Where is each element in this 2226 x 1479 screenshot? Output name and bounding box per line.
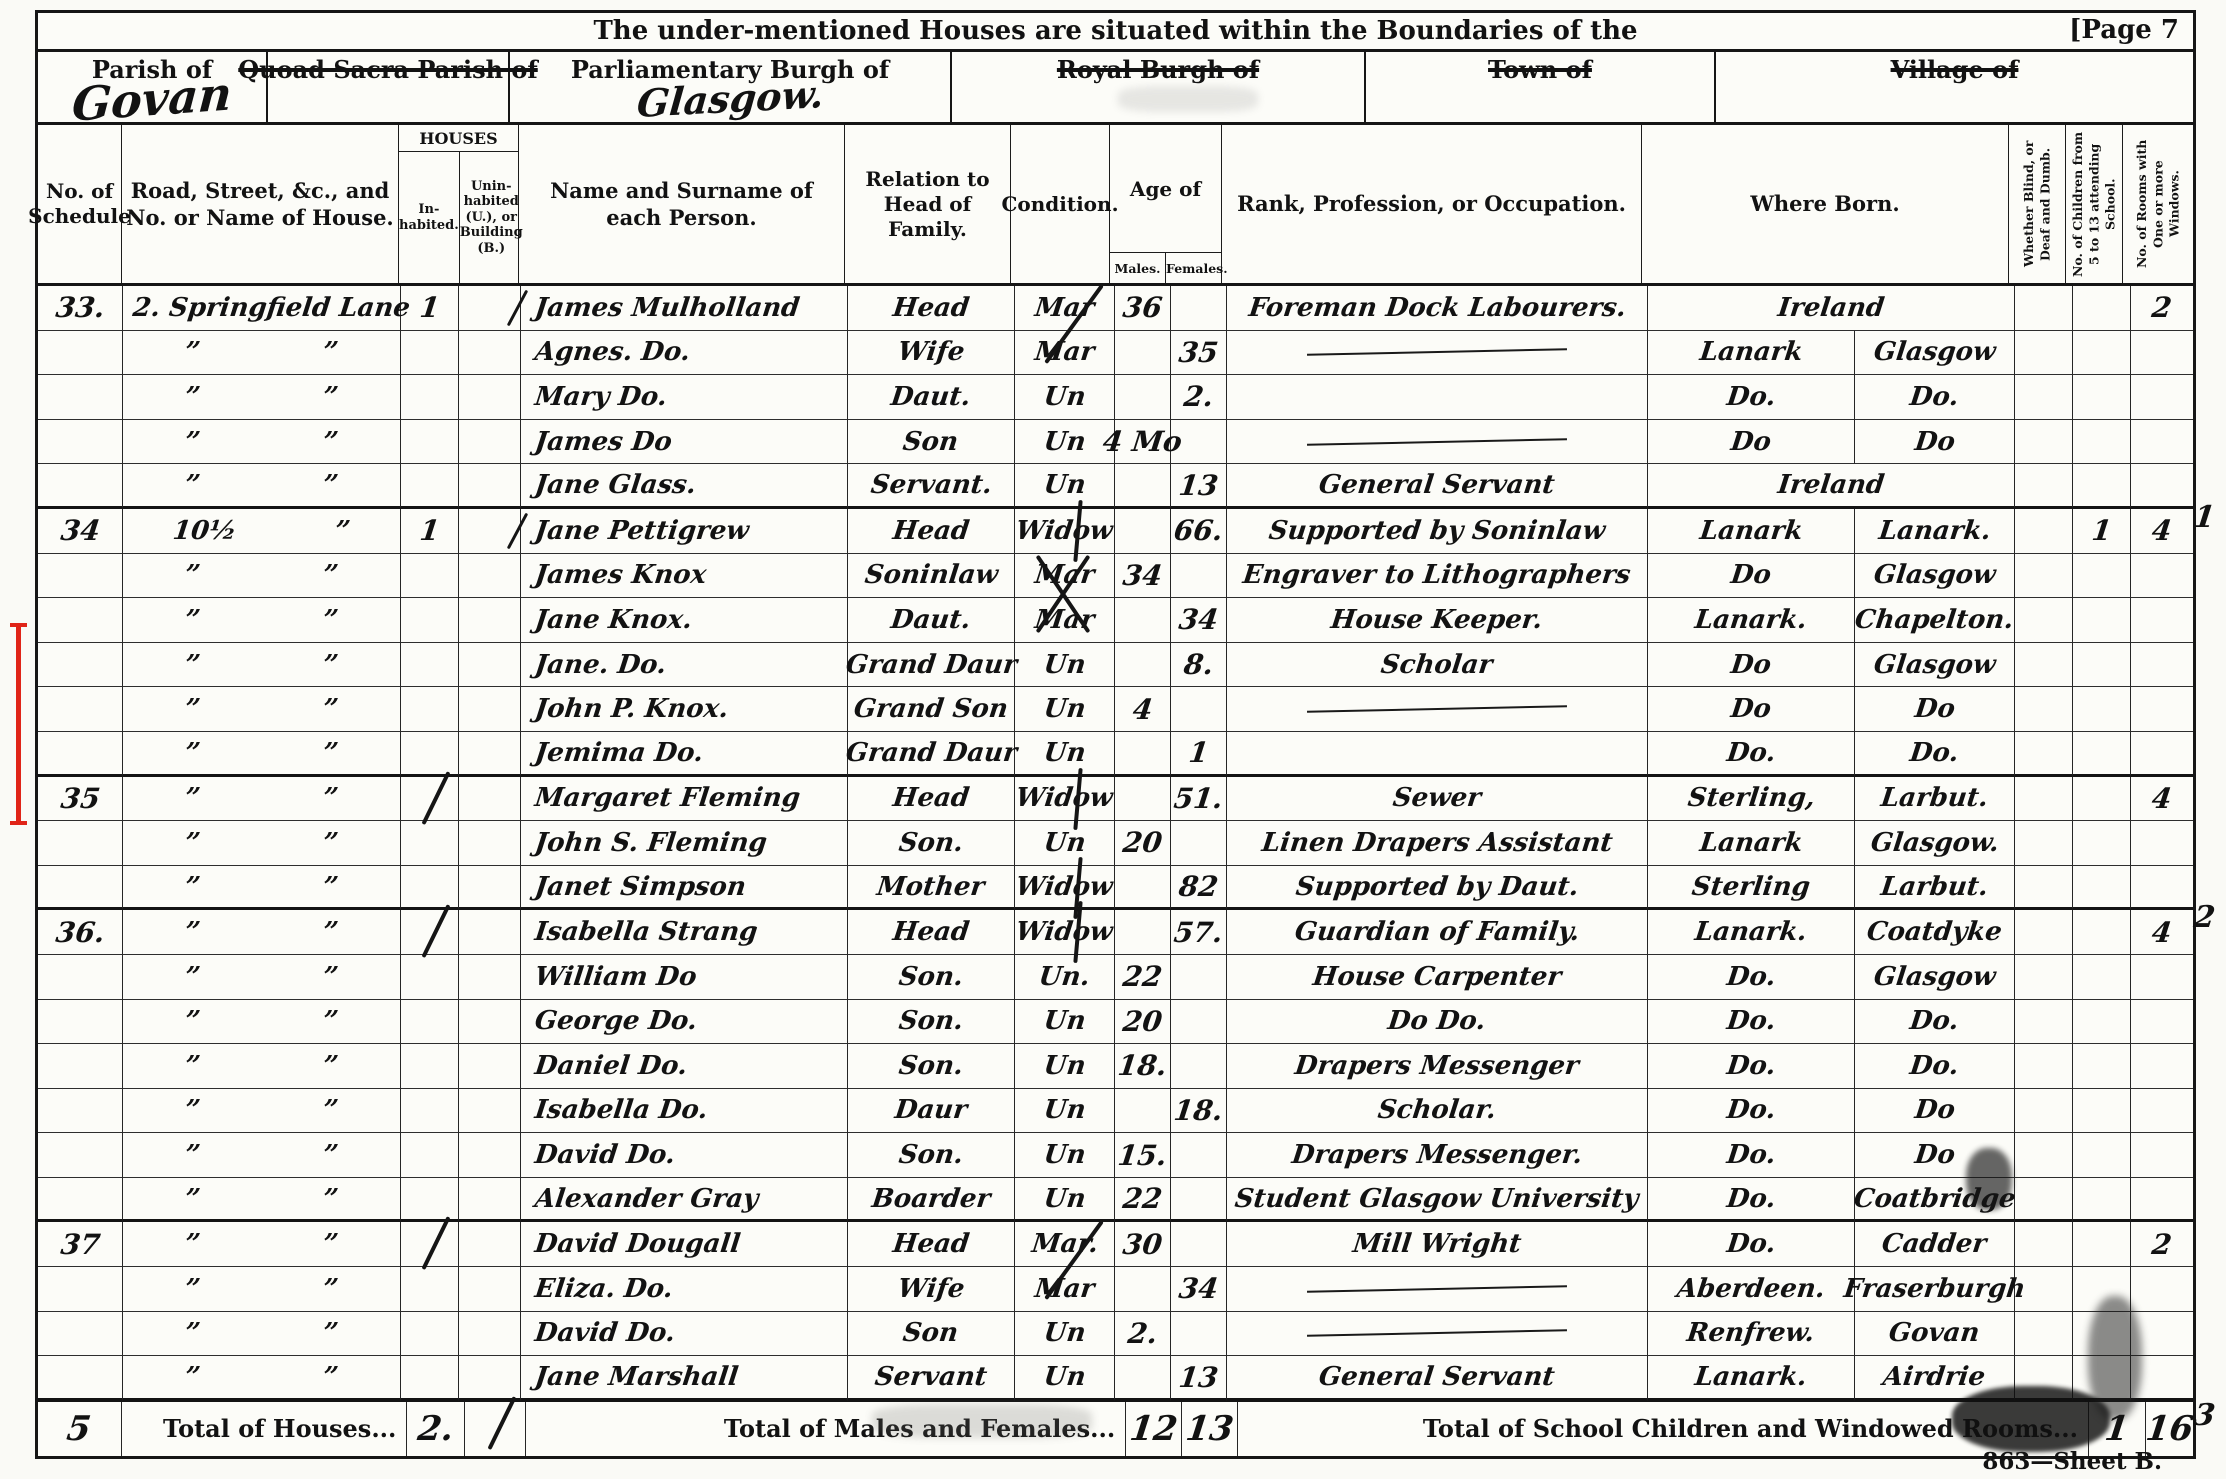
handwritten-text: ” xyxy=(183,1051,202,1081)
blind-deaf-label: Whether Blind, or Deaf and Dumb. xyxy=(2019,125,2056,283)
age-female-cell xyxy=(1171,1044,1227,1089)
boundary-band: Parish of Govan Quoad Sacra Parish of Pa… xyxy=(38,52,2193,125)
age-male-cell xyxy=(1115,1267,1171,1312)
condition-cell: Un xyxy=(1015,375,1115,420)
blind-deaf-cell xyxy=(2015,821,2073,866)
census-entry-row: ””George Do.Son.Un20Do Do.Do.Do. xyxy=(38,1000,2193,1045)
blind-deaf-cell xyxy=(2015,509,2073,554)
blind-deaf-cell xyxy=(2015,420,2073,465)
handwritten-text: Do xyxy=(1913,1140,1957,1170)
occupation-cell: Engraver to Lithographers xyxy=(1227,554,1648,599)
col-age-group: Age of Males. Females. xyxy=(1110,125,1222,283)
relation-cell: Daut. xyxy=(848,375,1015,420)
handwritten-text: 57. xyxy=(1172,916,1225,949)
uninhabited-cell xyxy=(459,554,521,599)
born-town-cell: Glasgow. xyxy=(1855,821,2015,866)
handwritten-text: Do. xyxy=(1725,738,1777,768)
age-female-cell: 13 xyxy=(1171,1356,1227,1401)
age-female-cell: 35 xyxy=(1171,331,1227,376)
occupation-cell: Drapers Messenger. xyxy=(1227,1133,1648,1178)
handwritten-text: Larbut. xyxy=(1879,783,1990,813)
school-children-cell xyxy=(2073,777,2131,822)
windowed-rooms-cell xyxy=(2131,375,2193,420)
blind-deaf-cell xyxy=(2015,955,2073,1000)
handwritten-text: Do xyxy=(1729,427,1773,457)
handwritten-text: Sterling, xyxy=(1686,783,1817,813)
handwritten-text: Supported by Soninlaw xyxy=(1267,516,1607,546)
age-male-cell xyxy=(1115,777,1171,822)
census-entry-row: 37””David DougallHeadMar.30Mill WrightDo… xyxy=(38,1222,2193,1267)
handwritten-text: ” xyxy=(183,872,202,902)
col-age-females: Females. xyxy=(1166,253,1228,283)
occupation-cell xyxy=(1227,375,1648,420)
handwritten-text: Son xyxy=(902,427,961,457)
relation-cell: Head xyxy=(848,509,1015,554)
condition-cell: Mar xyxy=(1015,598,1115,643)
condition-cell: Un xyxy=(1015,464,1115,509)
school-children-cell xyxy=(2073,464,2131,509)
blind-deaf-cell xyxy=(2015,1000,2073,1045)
handwritten-text: Mar xyxy=(1033,337,1096,367)
school-children-cell xyxy=(2073,1222,2131,1267)
person-name-cell: James Do xyxy=(521,420,848,465)
handwritten-text: ” xyxy=(183,1362,202,1392)
occupation-cell: Foreman Dock Labourers. xyxy=(1227,286,1648,331)
school-children-cell xyxy=(2073,554,2131,599)
handwritten-text: David Do. xyxy=(533,1318,677,1348)
handwritten-text: James Knox xyxy=(533,560,708,590)
born-county-cell: Do. xyxy=(1648,1000,1855,1045)
census-entry-row: ””Daniel Do.Son.Un18.Drapers MessengerDo… xyxy=(38,1044,2193,1089)
handwritten-text: Isabella Do. xyxy=(533,1095,709,1125)
page-title: The under-mentioned Houses are situated … xyxy=(593,16,1637,46)
handwritten-text: John S. Fleming xyxy=(533,828,768,858)
handwritten-text: Do. xyxy=(1908,738,1960,768)
uninhabited-cell xyxy=(459,1000,521,1045)
school-children-cell xyxy=(2073,420,2131,465)
handwritten-text: Scholar. xyxy=(1376,1095,1498,1125)
pen-islash-mark xyxy=(422,771,451,825)
person-name-cell: Jane Pettigrew xyxy=(521,509,848,554)
occupation-cell: Supported by Soninlaw xyxy=(1227,509,1648,554)
col-houses-group: HOUSES In-habited. Unin-habited (U.), or… xyxy=(399,125,519,283)
schedule-number-cell xyxy=(38,1000,123,1045)
born-town-cell: Lanark. xyxy=(1855,509,2015,554)
col-schedule: No. of Schedule xyxy=(38,125,122,283)
inhabited-cell xyxy=(401,464,459,509)
uninhabited-cell xyxy=(459,420,521,465)
windowed-rooms-cell: 2 xyxy=(2131,286,2193,331)
road-cell: 10½” xyxy=(123,509,401,554)
occupation-cell: House Carpenter xyxy=(1227,955,1648,1000)
road-cell: ”” xyxy=(123,375,401,420)
born-county-cell: Do. xyxy=(1648,375,1855,420)
uninhabited-cell xyxy=(459,955,521,1000)
windowed-rooms-cell xyxy=(2131,732,2193,777)
handwritten-text: Do. xyxy=(1725,1095,1777,1125)
age-male-cell: 30 xyxy=(1115,1222,1171,1267)
handwritten-text: 1 xyxy=(418,514,442,547)
handwritten-text: House Carpenter xyxy=(1311,962,1563,992)
occupation-cell: Supported by Daut. xyxy=(1227,866,1648,911)
handwritten-text: Head xyxy=(891,293,971,323)
handwritten-text: ” xyxy=(321,694,340,724)
quoad-sacra-label: Quoad Sacra Parish of xyxy=(238,55,537,84)
blind-deaf-cell xyxy=(2015,732,2073,777)
blind-deaf-cell xyxy=(2015,1222,2073,1267)
condition-cell: Un xyxy=(1015,1044,1115,1089)
handwritten-text: 4 xyxy=(1131,693,1155,726)
inhabited-cell xyxy=(401,777,459,822)
age-male-cell xyxy=(1115,732,1171,777)
handwritten-text: 22 xyxy=(1121,960,1164,993)
handwritten-text: 4 Mo xyxy=(1101,425,1184,458)
uninhabited-cell xyxy=(459,1089,521,1134)
handwritten-text: Widow xyxy=(1014,872,1114,902)
age-group-label: Age of xyxy=(1110,125,1221,252)
handwritten-text: 1 xyxy=(2090,514,2114,547)
born-county-cell: Do xyxy=(1648,687,1855,732)
handwritten-text: ” xyxy=(183,382,202,412)
windowed-rooms-cell xyxy=(2131,1044,2193,1089)
windowed-rooms-cell xyxy=(2131,687,2193,732)
born-town-cell: Do xyxy=(1855,1089,2015,1134)
age-male-cell xyxy=(1115,464,1171,509)
person-name-cell: Daniel Do. xyxy=(521,1044,848,1089)
total-houses-value-cell: 2. xyxy=(407,1402,465,1456)
windowed-rooms-cell: 2 xyxy=(2131,1222,2193,1267)
born-county-cell: Do. xyxy=(1648,1089,1855,1134)
handwritten-text: Sterling xyxy=(1690,872,1812,902)
handwritten-text: Head xyxy=(891,917,971,947)
windowed-rooms-cell xyxy=(2131,464,2193,509)
handwritten-text: Lanark xyxy=(1698,337,1804,367)
uninhabited-cell xyxy=(459,598,521,643)
handwritten-text: Drapers Messenger. xyxy=(1290,1140,1584,1170)
relation-cell: Son xyxy=(848,420,1015,465)
condition-cell: Widow xyxy=(1015,866,1115,911)
born-town-cell: Do. xyxy=(1855,1000,2015,1045)
handwritten-text: Scholar xyxy=(1380,650,1495,680)
schedule-number-cell xyxy=(38,1356,123,1401)
relation-cell: Daur xyxy=(848,1089,1015,1134)
school-children-cell xyxy=(2073,1089,2131,1134)
handwritten-text: Do. xyxy=(1908,1006,1960,1036)
relation-cell: Boarder xyxy=(848,1178,1015,1223)
schedule-number-cell: 37 xyxy=(38,1222,123,1267)
relation-cell: Head xyxy=(848,286,1015,331)
col-road: Road, Street, &c., and No. or Name of Ho… xyxy=(122,125,399,283)
census-entry-row: 33.2. Springfield Lane1James MulhollandH… xyxy=(38,286,2193,331)
born-county-cell: Lanark xyxy=(1648,331,1855,376)
handwritten-text: ” xyxy=(183,783,202,813)
handwritten-text: Un xyxy=(1042,470,1087,500)
age-male-cell xyxy=(1115,598,1171,643)
handwritten-text: 34 xyxy=(1177,603,1220,636)
pen-dash-line xyxy=(1307,705,1567,712)
handwritten-text: Do. xyxy=(1725,962,1777,992)
page-number-label: [Page 7 xyxy=(2069,15,2179,45)
handwritten-text: Do. xyxy=(1725,382,1777,412)
handwritten-text: Daut. xyxy=(889,382,972,412)
condition-cell: Un. xyxy=(1015,955,1115,1000)
born-town-cell: Glasgow xyxy=(1855,955,2015,1000)
road-cell: ”” xyxy=(123,464,401,509)
schedule-number-cell xyxy=(38,420,123,465)
handwritten-text: 1 xyxy=(1187,736,1211,769)
census-entry-row: ””James DoSonUn4 MoDoDo xyxy=(38,420,2193,465)
females-total-cell: 13 xyxy=(1182,1402,1238,1456)
age-male-cell xyxy=(1115,331,1171,376)
person-name-cell: Eliza. Do. xyxy=(521,1267,848,1312)
road-cell: ”” xyxy=(123,955,401,1000)
relation-cell: Daut. xyxy=(848,598,1015,643)
age-male-cell: 22 xyxy=(1115,955,1171,1000)
relation-cell: Son. xyxy=(848,821,1015,866)
col-uninhabited: Unin-habited (U.), or Building (B.) xyxy=(460,152,523,283)
school-children-cell xyxy=(2073,687,2131,732)
uninhabited-cell xyxy=(459,331,521,376)
age-female-cell xyxy=(1171,1000,1227,1045)
school-children-cell xyxy=(2073,598,2131,643)
inhabited-cell xyxy=(401,821,459,866)
handwritten-text: 4 xyxy=(2150,514,2174,547)
handwritten-text: Do. xyxy=(1725,1229,1777,1259)
handwritten-text: ” xyxy=(183,560,202,590)
schedule-number-cell xyxy=(38,643,123,688)
uninhabited-cell xyxy=(459,1178,521,1223)
road-cell: ”” xyxy=(123,1222,401,1267)
handwritten-text: George Do. xyxy=(533,1006,699,1036)
age-female-cell: 82 xyxy=(1171,866,1227,911)
red-margin-bracket xyxy=(10,625,28,823)
age-female-cell xyxy=(1171,821,1227,866)
inhabited-cell xyxy=(401,1133,459,1178)
schedule-number-cell xyxy=(38,687,123,732)
uninhabited-cell xyxy=(459,1222,521,1267)
school-children-cell xyxy=(2073,1000,2131,1045)
born-county-cell: Do. xyxy=(1648,1178,1855,1223)
col-name: Name and Surname of each Person. xyxy=(519,125,845,283)
person-name-cell: James Knox xyxy=(521,554,848,599)
inhabited-cell xyxy=(401,1178,459,1223)
handwritten-text: Son. xyxy=(897,962,965,992)
relation-cell: Grand Daur xyxy=(848,643,1015,688)
born-county-cell: Do xyxy=(1648,643,1855,688)
handwritten-text: Un. xyxy=(1037,962,1091,992)
school-children-cell: 1 xyxy=(2073,509,2131,554)
males-total-value: 12 xyxy=(1127,1409,1179,1449)
age-female-cell xyxy=(1171,1312,1227,1357)
road-cell: ”” xyxy=(123,687,401,732)
age-female-cell xyxy=(1171,554,1227,599)
windowed-rooms-cell xyxy=(2131,1089,2193,1134)
handwritten-text: Do xyxy=(1729,650,1773,680)
handwritten-text: Servant. xyxy=(869,470,994,500)
pen-dash-line xyxy=(1307,1285,1567,1292)
windowed-rooms-cell xyxy=(2131,420,2193,465)
windowed-rooms-cell xyxy=(2131,554,2193,599)
handwritten-text: 34 xyxy=(58,514,101,547)
handwritten-text: Wife xyxy=(896,1274,966,1304)
road-cell: ”” xyxy=(123,1133,401,1178)
handwritten-text: Daniel Do. xyxy=(533,1051,689,1081)
uninhabited-cell xyxy=(459,1044,521,1089)
age-female-cell xyxy=(1171,1133,1227,1178)
handwritten-text: Mother xyxy=(876,872,987,902)
handwritten-text: James Do xyxy=(533,427,673,457)
relation-cell: Mother xyxy=(848,866,1015,911)
handwritten-text: Head xyxy=(891,783,971,813)
handwritten-text: ” xyxy=(334,516,353,546)
handwritten-text: 51. xyxy=(1172,782,1225,815)
condition-cell: Widow xyxy=(1015,777,1115,822)
blind-deaf-cell xyxy=(2015,554,2073,599)
pen-islash-mark xyxy=(422,1217,451,1271)
handwritten-text: Boarder xyxy=(870,1184,992,1214)
handwritten-text: Do xyxy=(1913,1095,1957,1125)
age-female-cell: 1 xyxy=(1171,732,1227,777)
person-name-cell: James Mulholland xyxy=(521,286,848,331)
person-name-cell: Isabella Do. xyxy=(521,1089,848,1134)
schedule-number-cell xyxy=(38,1178,123,1223)
windowed-rooms-cell xyxy=(2131,821,2193,866)
age-female-cell: 34 xyxy=(1171,1267,1227,1312)
school-children-cell xyxy=(2073,1133,2131,1178)
blind-deaf-cell xyxy=(2015,1044,2073,1089)
handwritten-text: Coatdyke xyxy=(1865,917,2003,947)
handwritten-text: Widow xyxy=(1014,516,1114,546)
handwritten-text: 34 xyxy=(1177,1272,1220,1305)
schedule-total-value: 5 xyxy=(65,1409,94,1449)
handwritten-text: Widow xyxy=(1014,783,1114,813)
windowed-rooms-cell xyxy=(2131,331,2193,376)
handwritten-text: ” xyxy=(321,1051,340,1081)
born-county-cell: Renfrew. xyxy=(1648,1312,1855,1357)
born-county-cell: Ireland xyxy=(1648,464,2015,509)
school-children-cell xyxy=(2073,286,2131,331)
handwritten-text: Son xyxy=(902,1318,961,1348)
age-male-cell: 20 xyxy=(1115,1000,1171,1045)
blind-deaf-cell xyxy=(2015,1312,2073,1357)
column-headers: No. of Schedule Road, Street, &c., and N… xyxy=(38,125,2193,286)
age-female-cell: 13 xyxy=(1171,464,1227,509)
road-cell: ”” xyxy=(123,732,401,777)
handwritten-text: 10½ xyxy=(171,516,238,546)
handwritten-text: Do. xyxy=(1725,1184,1777,1214)
uninhabited-total-cell xyxy=(465,1402,526,1456)
handwritten-text: 20 xyxy=(1121,826,1164,859)
relation-cell: Servant. xyxy=(848,464,1015,509)
handwritten-text: ” xyxy=(183,738,202,768)
handwritten-text: ” xyxy=(321,1006,340,1036)
road-cell: ”” xyxy=(123,420,401,465)
census-entry-row: 36.””Isabella StrangHeadWidow57.Guardian… xyxy=(38,910,2193,955)
handwritten-text: Do. xyxy=(1908,382,1960,412)
road-cell: ”” xyxy=(123,1356,401,1401)
handwritten-text: Do. xyxy=(1908,1051,1960,1081)
person-name-cell: Agnes. Do. xyxy=(521,331,848,376)
handwritten-text: 2. xyxy=(1182,380,1215,413)
blind-deaf-cell xyxy=(2015,777,2073,822)
inhabited-cell xyxy=(401,910,459,955)
col-inhabited: In-habited. xyxy=(399,152,460,283)
handwritten-text: Aberdeen. xyxy=(1675,1274,1826,1304)
relation-cell: Grand Son xyxy=(848,687,1015,732)
condition-cell: Mar xyxy=(1015,286,1115,331)
handwritten-text: Linen Drapers Assistant xyxy=(1260,828,1614,858)
relation-cell: Son xyxy=(848,1312,1015,1357)
relation-cell: Head xyxy=(848,777,1015,822)
handwritten-text: Ireland xyxy=(1776,470,1886,500)
blind-deaf-cell xyxy=(2015,1089,2073,1134)
road-cell: ”” xyxy=(123,1312,401,1357)
age-female-cell xyxy=(1171,1178,1227,1223)
handwritten-text: ” xyxy=(183,1229,202,1259)
condition-cell: Un xyxy=(1015,1089,1115,1134)
road-cell: ”” xyxy=(123,554,401,599)
relation-cell: Son. xyxy=(848,955,1015,1000)
occupation-cell: Mill Wright xyxy=(1227,1222,1648,1267)
handwritten-text: Son. xyxy=(897,1006,965,1036)
born-county-cell: Sterling xyxy=(1648,866,1855,911)
person-name-cell: Jane Knox. xyxy=(521,598,848,643)
age-male-cell: 15. xyxy=(1115,1133,1171,1178)
condition-cell: Mar xyxy=(1015,554,1115,599)
handwritten-text: 33. xyxy=(54,291,107,324)
relation-cell: Head xyxy=(848,1222,1015,1267)
schedule-number-cell xyxy=(38,866,123,911)
total-houses-label: Total of Houses... xyxy=(163,1414,396,1443)
occupation-cell xyxy=(1227,331,1648,376)
age-female-cell xyxy=(1171,1222,1227,1267)
schedule-number-cell: 35 xyxy=(38,777,123,822)
born-town-cell: Glasgow xyxy=(1855,331,2015,376)
uninhabited-cell xyxy=(459,777,521,822)
occupation-cell xyxy=(1227,1312,1648,1357)
windowed-rooms-cell: 4 xyxy=(2131,910,2193,955)
handwritten-text: Larbut. xyxy=(1879,872,1990,902)
handwritten-text: ” xyxy=(321,962,340,992)
person-name-cell: Jane Glass. xyxy=(521,464,848,509)
born-county-cell: Do. xyxy=(1648,1044,1855,1089)
uninhabited-cell xyxy=(459,1312,521,1357)
handwritten-text: 35 xyxy=(1177,336,1220,369)
born-county-cell: Ireland xyxy=(1648,286,2015,331)
person-name-cell: John S. Fleming xyxy=(521,821,848,866)
handwritten-text: Daur xyxy=(893,1095,969,1125)
road-cell: ”” xyxy=(123,331,401,376)
field-village: Village of xyxy=(1716,52,2193,122)
age-female-cell xyxy=(1171,955,1227,1000)
school-children-cell xyxy=(2073,643,2131,688)
school-children-cell xyxy=(2073,375,2131,420)
census-entry-row: ””David Do.SonUn2.Renfrew.Govan xyxy=(38,1312,2193,1357)
handwritten-text: General Servant xyxy=(1317,1362,1556,1392)
occupation-cell: Linen Drapers Assistant xyxy=(1227,821,1648,866)
road-cell: ”” xyxy=(123,643,401,688)
margin-tally-2: 2 xyxy=(2192,900,2217,935)
census-entry-row: ””John P. Knox.Grand SonUn4DoDo xyxy=(38,687,2193,732)
census-entry-row: ””David Do.Son.Un15.Drapers Messenger.Do… xyxy=(38,1133,2193,1178)
born-county-cell: Do. xyxy=(1648,1133,1855,1178)
handwritten-text: Jane Marshall xyxy=(533,1362,740,1392)
blind-deaf-cell xyxy=(2015,910,2073,955)
occupation-cell xyxy=(1227,687,1648,732)
handwritten-text: Do xyxy=(1729,560,1773,590)
handwritten-text: ” xyxy=(321,337,340,367)
handwritten-text: Student Glasgow University xyxy=(1233,1184,1640,1214)
